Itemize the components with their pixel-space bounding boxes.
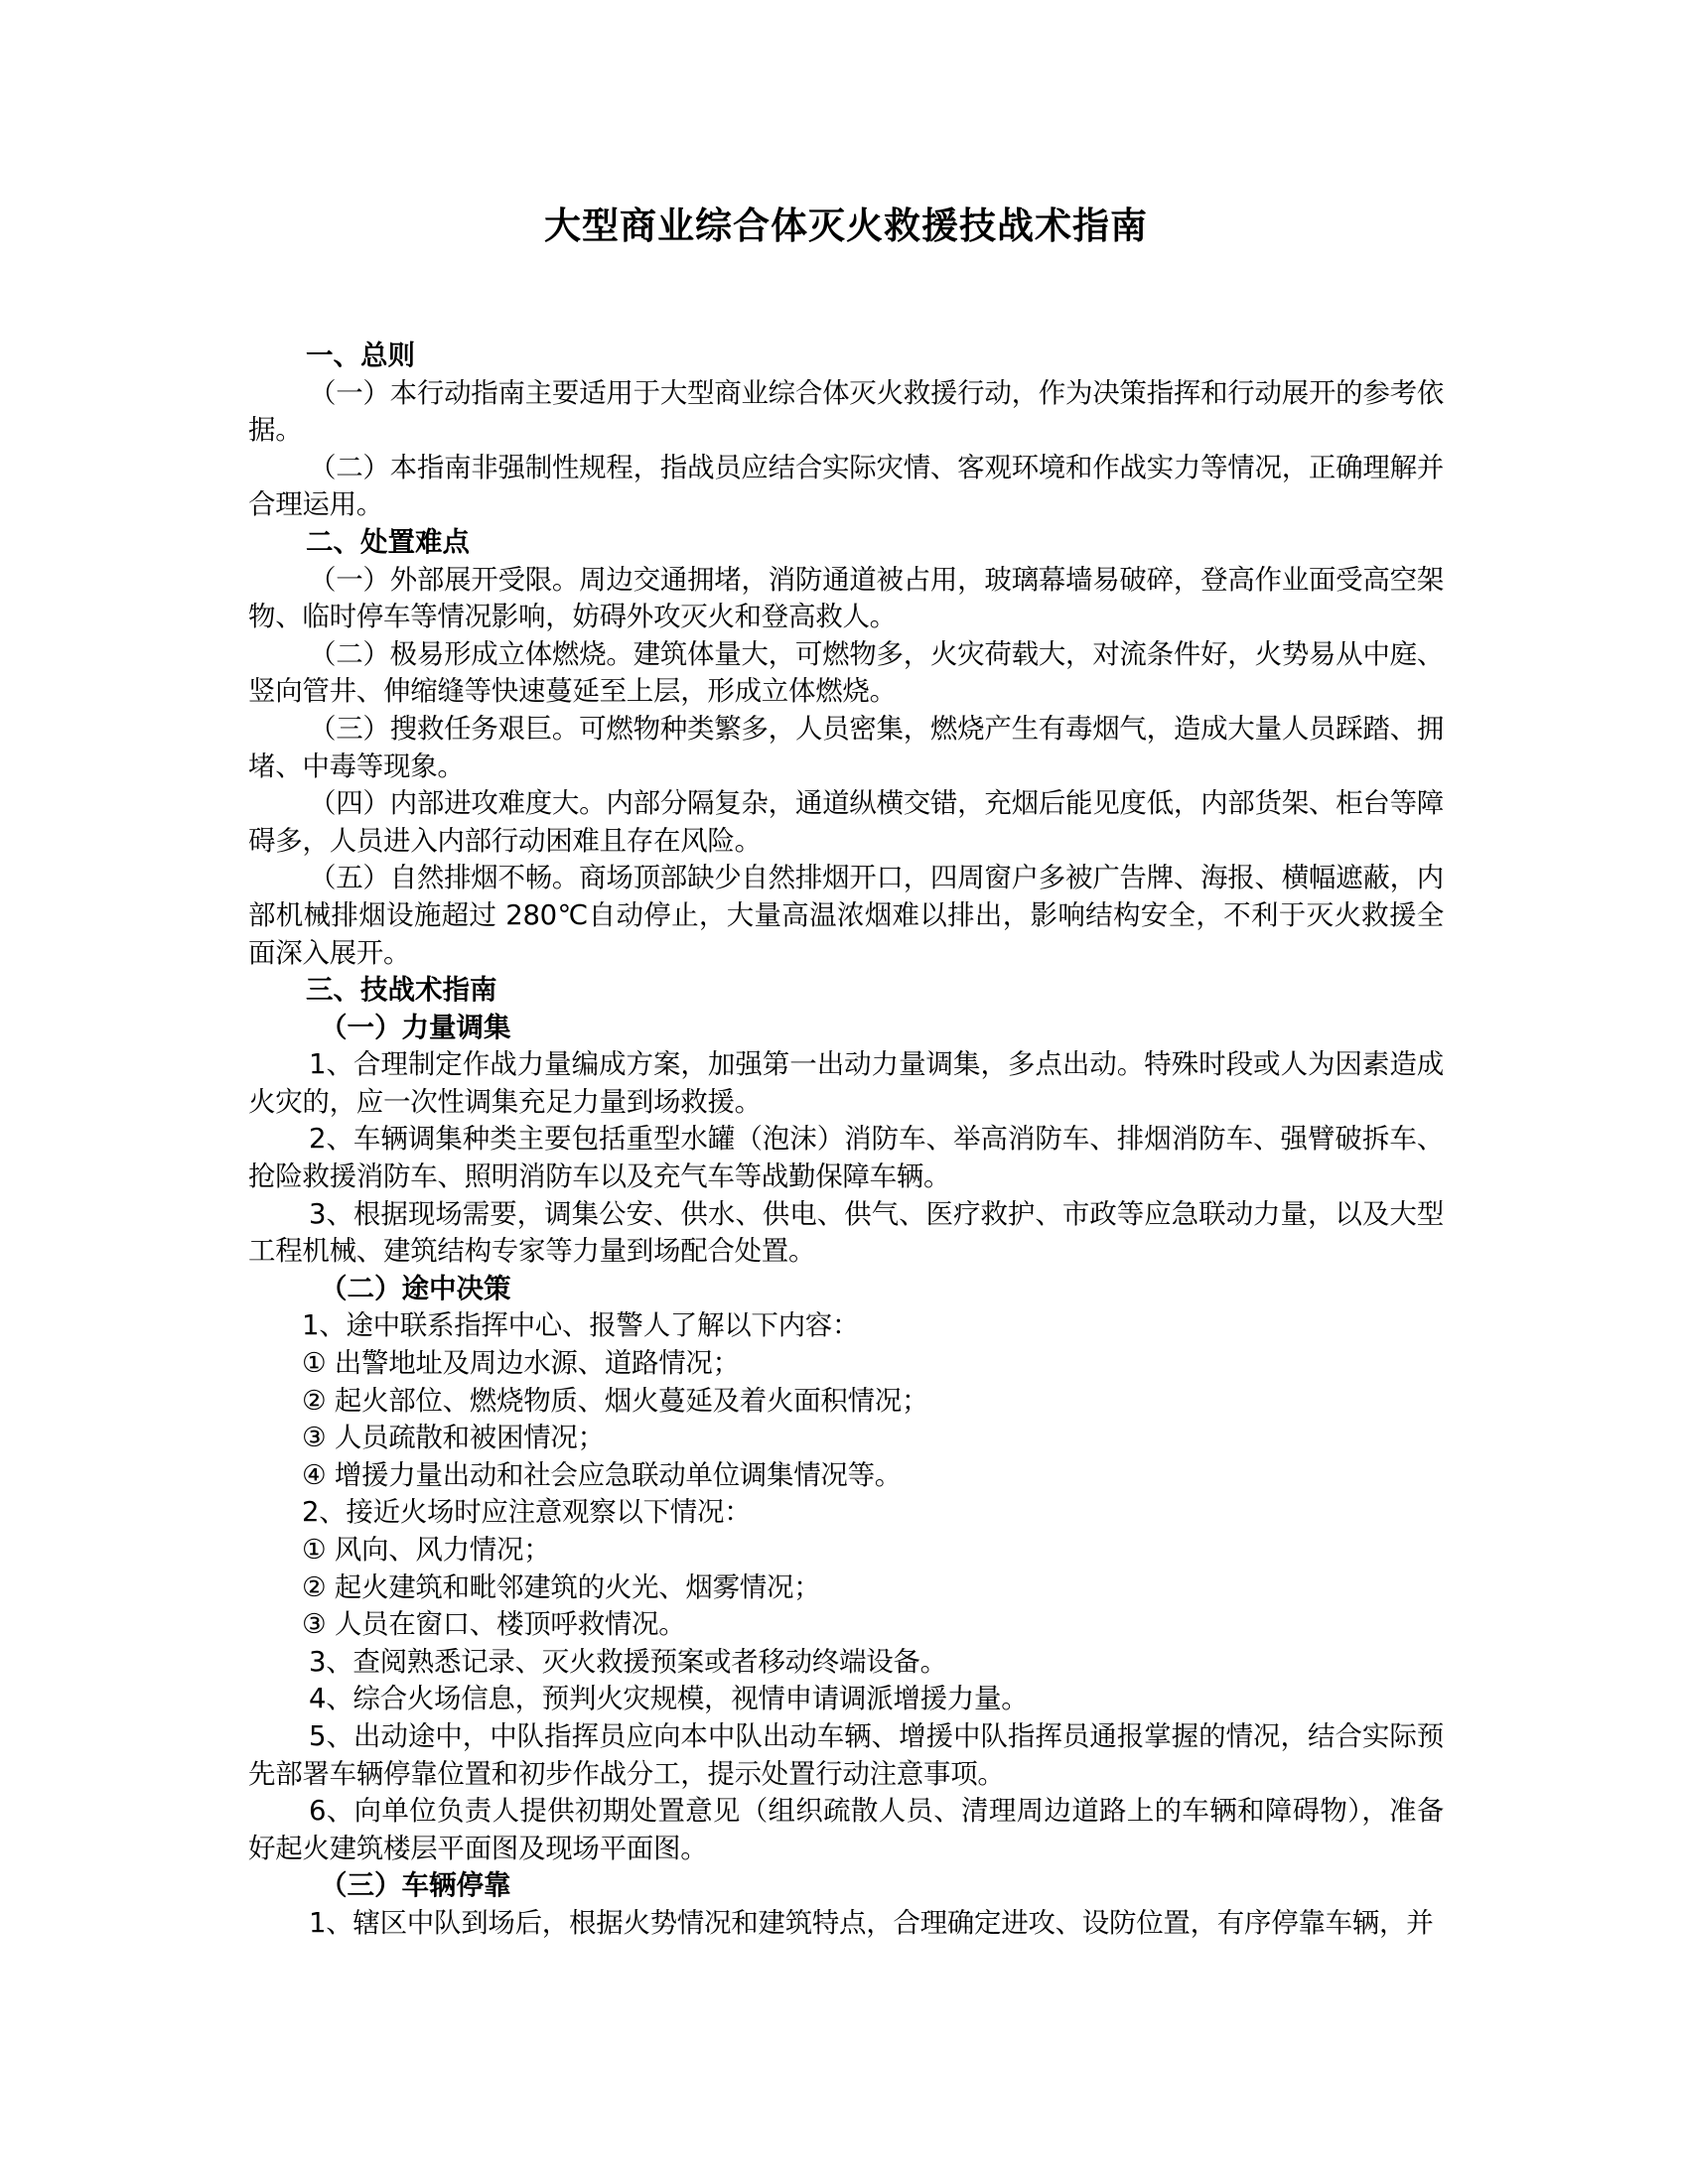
section-heading-difficulties: 二、处置难点 [248, 524, 1444, 562]
paragraph: 1、合理制定作战力量编成方案，加强第一出动力量调集，多点出动。特殊时段或人为因素… [248, 1046, 1444, 1121]
paragraph: （一）本行动指南主要适用于大型商业综合体灭火救援行动，作为决策指挥和行动展开的参… [248, 375, 1444, 450]
list-item: ① 风向、风力情况； [248, 1532, 1444, 1570]
paragraph: （二）极易形成立体燃烧。建筑体量大，可燃物多，火灾荷载大，对流条件好，火势易从中… [248, 636, 1444, 711]
paragraph: 1、辖区中队到场后，根据火势情况和建筑特点，合理确定进攻、设防位置，有序停靠车辆… [248, 1905, 1444, 1943]
list-item: ② 起火部位、燃烧物质、烟火蔓延及着火面积情况； [248, 1383, 1444, 1421]
subsection-heading-en-route-decision: （二）途中决策 [248, 1271, 1444, 1308]
document-title: 大型商业综合体灭火救援技战术指南 [248, 203, 1444, 250]
paragraph: 6、向单位负责人提供初期处置意见（组织疏散人员、清理周边道路上的车辆和障碍物），… [248, 1793, 1444, 1867]
list-item: ② 起火建筑和毗邻建筑的火光、烟雾情况； [248, 1570, 1444, 1607]
section-heading-tactics: 三、技战术指南 [248, 972, 1444, 1010]
list-item: 2、接近火场时应注意观察以下情况： [248, 1494, 1444, 1532]
paragraph: 2、车辆调集种类主要包括重型水罐（泡沫）消防车、举高消防车、排烟消防车、强臂破拆… [248, 1121, 1444, 1195]
list-item: ③ 人员疏散和被困情况； [248, 1420, 1444, 1457]
list-item: 1、途中联系指挥中心、报警人了解以下内容： [248, 1307, 1444, 1345]
subsection-heading-vehicle-parking: （三）车辆停靠 [248, 1867, 1444, 1905]
list-item: ③ 人员在窗口、楼顶呼救情况。 [248, 1606, 1444, 1644]
paragraph: 3、查阅熟悉记录、灭火救援预案或者移动终端设备。 [248, 1644, 1444, 1682]
paragraph: 4、综合火场信息，预判火灾规模，视情申请调派增援力量。 [248, 1681, 1444, 1718]
list-item: ① 出警地址及周边水源、道路情况； [248, 1345, 1444, 1383]
paragraph: 5、出动途中，中队指挥员应向本中队出动车辆、增援中队指挥员通报掌握的情况，结合实… [248, 1718, 1444, 1793]
paragraph: 3、根据现场需要，调集公安、供水、供电、供气、医疗救护、市政等应急联动力量，以及… [248, 1196, 1444, 1271]
paragraph: （二）本指南非强制性规程，指战员应结合实际灾情、客观环境和作战实力等情况，正确理… [248, 450, 1444, 524]
section-heading-general: 一、总则 [248, 338, 1444, 375]
subsection-heading-force-dispatch: （一）力量调集 [248, 1010, 1444, 1047]
list-item: ④ 增援力量出动和社会应急联动单位调集情况等。 [248, 1457, 1444, 1495]
paragraph: （三）搜救任务艰巨。可燃物种类繁多，人员密集，燃烧产生有毒烟气，造成大量人员踩踏… [248, 711, 1444, 785]
paragraph: （四）内部进攻难度大。内部分隔复杂，通道纵横交错，充烟后能见度低，内部货架、柜台… [248, 785, 1444, 860]
paragraph: （一）外部展开受限。周边交通拥堵，消防通道被占用，玻璃幕墙易破碎，登高作业面受高… [248, 562, 1444, 636]
paragraph: （五）自然排烟不畅。商场顶部缺少自然排烟开口，四周窗户多被广告牌、海报、横幅遮蔽… [248, 860, 1444, 972]
document-body: 一、总则 （一）本行动指南主要适用于大型商业综合体灭火救援行动，作为决策指挥和行… [248, 338, 1444, 1943]
